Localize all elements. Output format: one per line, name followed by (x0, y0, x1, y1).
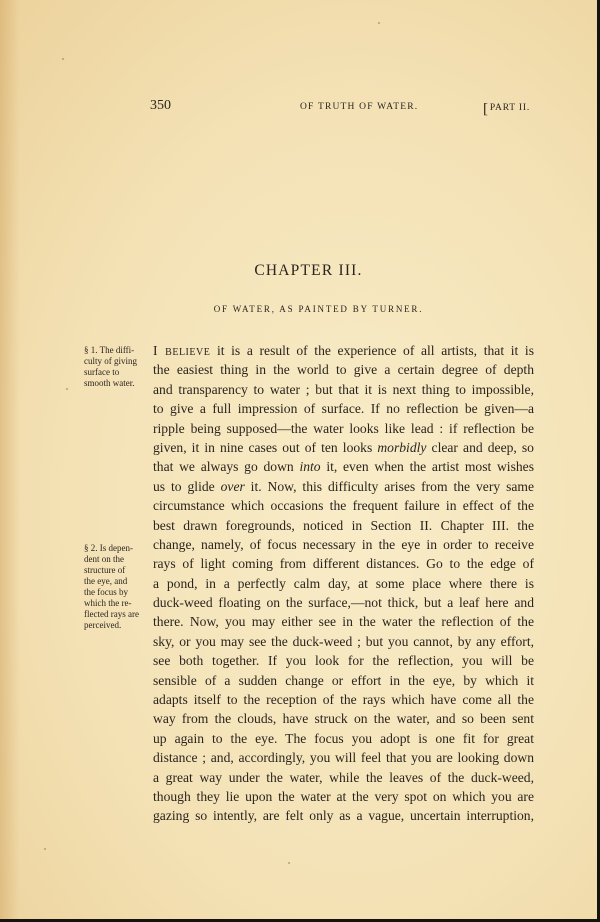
sidenote-line: culty of giving (84, 356, 150, 367)
text-line: way from the clouds, have struck on the … (153, 709, 534, 728)
text-line: adapts itself to the reception of the ra… (153, 690, 534, 709)
chapter-title: CHAPTER III. (0, 262, 597, 280)
sidenote-line: which the re- (84, 598, 150, 609)
text-line: up again to the eye. The focus you adopt… (153, 729, 534, 748)
paper-speck (378, 22, 380, 24)
text-line: a pond, in a perfectly calm day, at some… (153, 574, 534, 593)
text-line: there. Now, you may either see in the wa… (153, 612, 534, 631)
sidenote-line: structure of (84, 565, 150, 576)
text-line: see both together. If you look for the r… (153, 651, 534, 670)
book-page: 350 OF TRUTH OF WATER. [PART II. CHAPTER… (0, 0, 600, 922)
text-line: I believe it is a result of the experien… (153, 341, 534, 360)
text-line: sky, or you may see the duck-weed ; but … (153, 632, 534, 651)
text-line: duck-weed floating on the surface,—not t… (153, 593, 534, 612)
chapter-subtitle: OF WATER, AS PAINTED BY TURNER. (0, 304, 597, 314)
running-head: 350 OF TRUTH OF WATER. [PART II. (150, 101, 530, 119)
text-line: best drawn foregrounds, noticed in Secti… (153, 516, 534, 535)
sidenote-section-1: § 1. The diffi- culty of giving surface … (84, 345, 150, 389)
text-line: the easiest thing in the world to give a… (153, 360, 534, 379)
text-line: us to glide over it. Now, this difficult… (153, 477, 534, 496)
sidenote-line: dent on the (84, 554, 150, 565)
sidenote-line: § 1. The diffi- (84, 345, 150, 356)
paper-speck (66, 388, 68, 390)
sidenote-line: the eye, and (84, 576, 150, 587)
sidenote-line: surface to (84, 367, 150, 378)
paper-speck (44, 848, 46, 850)
text-line: circumstance which occasions the frequen… (153, 496, 534, 515)
italic-word: into (299, 459, 320, 474)
text-line: change, namely, of focus necessary in th… (153, 535, 534, 554)
sidenote-line: flected rays are (84, 609, 150, 620)
body-text: I believe it is a result of the experien… (153, 341, 534, 826)
text-line: gazing so intently, are felt only as a v… (153, 806, 534, 825)
paper-speck (288, 862, 290, 864)
part-label: [PART II. (483, 101, 530, 118)
text-line: that we always go down into it, even whe… (153, 457, 534, 476)
text-line: ripple being supposed—the water looks li… (153, 419, 534, 438)
text-line: given, it in nine cases out of ten looks… (153, 438, 534, 457)
sidenote-line: perceived. (84, 620, 150, 631)
running-title: OF TRUTH OF WATER. (300, 102, 418, 112)
italic-word: over (221, 479, 245, 494)
text-line: to give a full impression of surface. If… (153, 399, 534, 418)
part-label-text: PART II. (490, 103, 530, 113)
part-bracket: [ (483, 101, 489, 117)
text-line: sensible of a sudden change or effort in… (153, 671, 534, 690)
text-line: rays of light coming from different dist… (153, 554, 534, 573)
sidenote-line: smooth water. (84, 378, 150, 389)
text-line: distance ; and, accordingly, you will fe… (153, 748, 534, 767)
sidenote-line: § 2. Is depen- (84, 543, 150, 554)
text-line: though they lie upon the water at the ve… (153, 787, 534, 806)
opening-smallcaps: I believe (153, 343, 210, 358)
italic-word: morbidly (377, 440, 426, 455)
sidenote-line: the focus by (84, 587, 150, 598)
sidenote-section-2: § 2. Is depen- dent on the structure of … (84, 543, 150, 631)
page-number: 350 (150, 98, 171, 114)
text-line: a great way under the water, while the l… (153, 768, 534, 787)
text-line: and transparency to water ; but that it … (153, 380, 534, 399)
paper-speck (62, 58, 64, 60)
